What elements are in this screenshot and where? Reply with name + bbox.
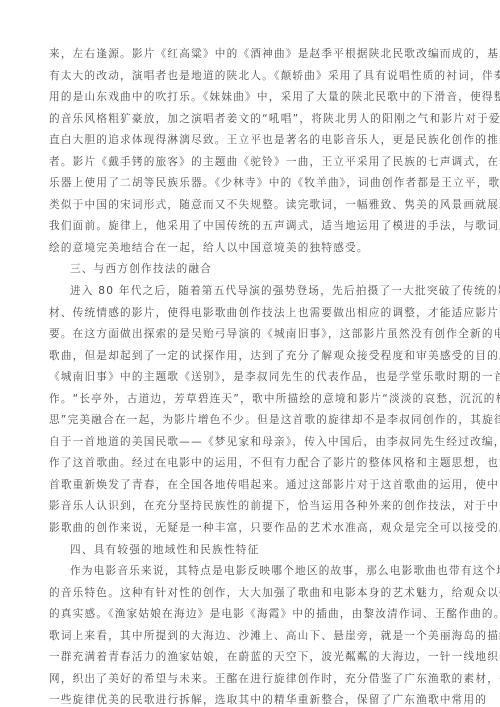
body-line: 的真实感。《渔家姑娘在海边》是电影《海霞》中的插曲，由黎汝清作词、王酩作曲的。从	[49, 604, 449, 626]
section-heading-3: 三、与西方创作技法的融合	[49, 259, 449, 281]
body-line: 材、传统情感的影片，使得电影歌曲创作技法上也需要做出相应的调整，才能适应影片的需	[49, 303, 449, 325]
body-line: 《城南旧事》中的主题歌《送别》，是李叔同先生的代表作品，也是学堂乐歌时期的一首佳	[49, 367, 449, 389]
body-line: 一群充满着青春活力的渔家姑娘，在蔚蓝的天空下，波光粼粼的大海边，一针一线地织着渔	[49, 647, 449, 669]
body-line: 要。在这方面做出探索的是吴贻弓导演的《城南旧事》，这部影片虽然没有创作全新的电影	[49, 324, 449, 346]
body-line: 的音乐风格粗犷豪放，加之演唱者姜文的“吼唱”，将陕北男人的阳刚之气和影片对于爱情	[49, 109, 449, 131]
body-line: 来，左右逢源。影片《红高粱》中的《酒神曲》是赵季平根据陕北民歌改编而成的，基本没	[49, 44, 449, 66]
body-line: 网，织出了美好的希望与未来。王酩在进行旋律创作时，充分借鉴了广东渔歌的素材，他将	[49, 669, 449, 691]
body-line: 首歌重新焕发了青春，在全国各地传唱起来。通过这部影片对于这首歌曲的运用，使中国电	[49, 475, 449, 497]
body-line: 思”完美融合在一起，为影片增色不少。但是这首歌的旋律却不是李叔同创作的，其旋律来	[49, 410, 449, 432]
body-line: 乐器上使用了二胡等民族乐器。《少林寺》中的《牧羊曲》，词曲创作者都是王立平，歌词	[49, 173, 449, 195]
body-line: 一些旋律优美的民歌进行拆解，选取其中的精华重新整合，保留了广东渔歌中常用的	[49, 690, 449, 707]
body-line: 用的是山东戏曲中的吹打乐。《妹妹曲》中，采用了大量的陕北民歌中的下滑音，使得整体	[49, 87, 449, 109]
body-line: 歌曲，但是却起到了一定的试探作用，达到了充分了解观众接受程度和审美感受的目的。	[49, 346, 449, 368]
body-line: 自于一首地道的美国民歌——《梦见家和母亲》，传入中国后，由李叔同先生经过改编，创	[49, 432, 449, 454]
body-line: 歌词上来看，其中所提到的大海边、沙滩上、高山下、悬崖旁，就是一个美丽海岛的描绘。	[49, 626, 449, 648]
body-line: 我们面前。旋律上，他采用了中国传统的五声调式，适当地运用了模进的手法，与歌词所描	[49, 216, 449, 238]
body-line: 作了这首歌曲。经过在电影中的运用，不但有力配合了影片的整体风格和主题思想，也让这	[49, 453, 449, 475]
body-line: 影音乐人认识到，在充分坚持民族性的前提下，恰当运用各种外来的创作技法，对于中国电	[49, 496, 449, 518]
body-line: 绘的意境完美地结合在一起，给人以中国意境美的独特感受。	[49, 238, 449, 260]
body-line: 类似于中国的宋词形式，随意而又不失规整。读完歌词，一幅雅致、隽美的风景画就展现在	[49, 195, 449, 217]
section-heading-4: 四、具有较强的地域性和民族性特征	[49, 540, 449, 562]
body-line: 者。影片《戴手铐的旅客》的主题曲《驼铃》一曲，王立平采用了民族的七声调式，在伴奏	[49, 152, 449, 174]
body-line: 的音乐特色。这种有针对性的创作，大大加强了歌曲和电影本身的艺术魅力，给观众以强烈	[49, 583, 449, 605]
paragraph-first-line: 进入 80 年代之后，随着第五代导演的强势登场，先后拍摄了一大批突破了传统的题	[49, 281, 449, 303]
paragraph-first-line: 作为电影音乐来说，其特点是电影反映哪个地区的故事，那么电影歌曲也带有这个地方	[49, 561, 449, 583]
document-page: 来，左右逢源。影片《红高粱》中的《酒神曲》是赵季平根据陕北民歌改编而成的，基本没…	[49, 44, 449, 707]
body-line: 直白大胆的追求体现得淋漓尽致。王立平也是著名的电影音乐人，更是民族化创作的推崇	[49, 130, 449, 152]
body-line: 影歌曲的创作来说，无疑是一种丰富，只要作品的艺术水准高，观众是完全可以接受的。	[49, 518, 449, 540]
body-line: 作。“长亭外，古道边，芳草碧连天”，歌中所描绘的意境和影片“淡淡的哀愁，沉沉的相	[49, 389, 449, 411]
body-line: 有太大的改动，演唱者也是地道的陕北人。《颠轿曲》采用了具有说唱性质的衬词，伴奏采	[49, 66, 449, 88]
